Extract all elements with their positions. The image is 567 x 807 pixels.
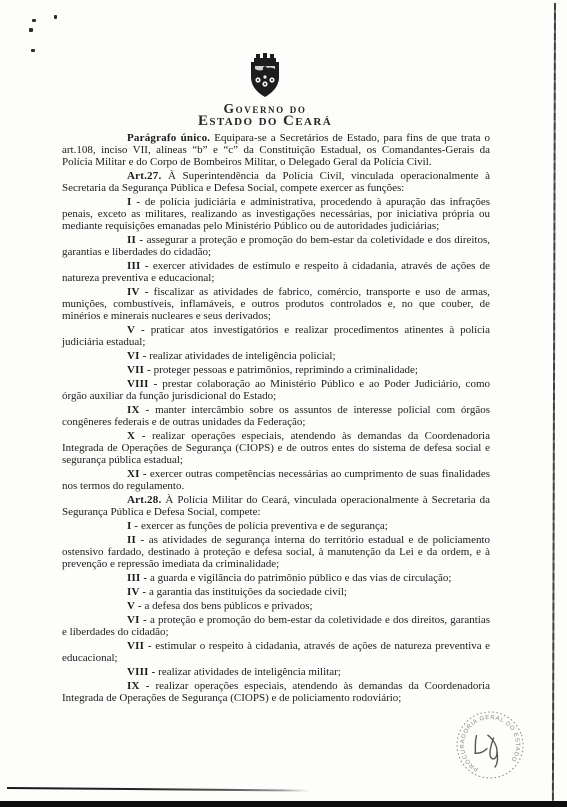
scan-artifact-right-line [552, 3, 556, 802]
letterhead: Governo do Estado do Ceará [165, 53, 365, 128]
paragraph-label: VI - [127, 614, 147, 626]
document-paragraph: VIII - realizar atividades de inteligênc… [62, 666, 490, 678]
paragraph-label: VIII - [127, 378, 157, 390]
document-paragraph: XI - exercer outras competências necessá… [62, 468, 490, 492]
paragraph-label: VIII - [127, 666, 155, 678]
document-paragraph: III - a guarda e vigilância do patrimôni… [62, 572, 490, 584]
paragraph-text: a garantia das instituições da sociedade… [149, 586, 347, 598]
document-body: Parágrafo único. Equipara-se a Secretári… [62, 132, 490, 706]
document-paragraph: V - a defesa dos bens públicos e privado… [62, 600, 490, 612]
document-paragraph: Parágrafo único. Equipara-se a Secretári… [62, 132, 490, 168]
paragraph-text: a guarda e vigilância do patrimônio públ… [150, 572, 451, 584]
paragraph-text: a defesa dos bens públicos e privados; [145, 600, 313, 612]
scan-artifact-bottom-edge [0, 801, 567, 807]
government-name-line2: Estado do Ceará [165, 115, 365, 128]
paragraph-label: IV - [127, 586, 146, 598]
paragraph-label: IV - [127, 286, 149, 298]
document-paragraph: VI - realizar atividades de inteligência… [62, 350, 490, 362]
paragraph-label: VII - [127, 640, 152, 652]
document-paragraph: III - exercer atividades de estímulo e r… [62, 260, 490, 284]
document-paragraph: I - exercer as funções de polícia preven… [62, 520, 490, 532]
scan-speck [32, 19, 36, 22]
paragraph-text: realizar atividades de inteligência poli… [149, 350, 335, 362]
document-paragraph: V - praticar atos investigatórios e real… [62, 324, 490, 348]
scan-speck [31, 49, 35, 52]
paragraph-text: proteger pessoas e patrimônios, reprimin… [154, 364, 418, 376]
ceara-coat-of-arms-icon [245, 53, 285, 99]
document-paragraph: VI - a proteção e promoção do bem-estar … [62, 614, 490, 638]
paragraph-label: IX - [127, 680, 150, 692]
document-paragraph: IV - a garantia das instituições da soci… [62, 586, 490, 598]
document-paragraph: IV - fiscalizar as atividades de fabrico… [62, 286, 490, 322]
paragraph-label: Parágrafo único. [127, 132, 210, 144]
paragraph-label: XI - [127, 468, 147, 480]
scanned-document-page: Governo do Estado do Ceará Parágrafo úni… [0, 0, 567, 807]
scan-speck [29, 28, 33, 32]
document-paragraph: Art.28. À Polícia Militar do Ceará, vinc… [62, 494, 490, 518]
paragraph-text: realizar atividades de inteligência mili… [158, 666, 341, 678]
paragraph-label: VII - [127, 364, 151, 376]
paragraph-text: exercer as funções de polícia preventiva… [141, 520, 388, 532]
paragraph-label: X - [127, 430, 146, 442]
document-paragraph: II - as atividades de segurança interna … [62, 534, 490, 570]
paragraph-label: V - [127, 600, 142, 612]
paragraph-label: I - [127, 520, 138, 532]
document-paragraph: Art.27. À Superintendência da Polícia Ci… [62, 170, 490, 194]
scan-speck [54, 15, 57, 19]
paragraph-label: II - [127, 234, 143, 246]
paragraph-list: Parágrafo único. Equipara-se a Secretári… [62, 132, 490, 704]
document-paragraph: II - assegurar a proteção e promoção do … [62, 234, 490, 258]
paragraph-label: IX - [127, 404, 149, 416]
paragraph-label: VI - [127, 350, 146, 362]
paragraph-label: II - [127, 534, 144, 546]
document-paragraph: I - de polícia judiciária e administrati… [62, 196, 490, 232]
procuradoria-stamp: PROCURADORIA GERAL DO ESTADO [446, 706, 534, 784]
paragraph-label: III - [127, 572, 147, 584]
document-paragraph: VII - estimular o respeito à cidadania, … [62, 640, 490, 664]
paragraph-label: V - [127, 324, 145, 336]
document-paragraph: IX - manter intercâmbio sobre os assunto… [62, 404, 490, 428]
document-paragraph: VIII - prestar colaboração ao Ministério… [62, 378, 490, 402]
paragraph-label: Art.27. [127, 170, 161, 182]
paragraph-label: III - [127, 260, 149, 272]
paragraph-label: I - [127, 196, 140, 208]
signature-line [7, 787, 310, 792]
document-paragraph: VII - proteger pessoas e patrimônios, re… [62, 364, 490, 376]
document-paragraph: IX - realizar operações especiais, atend… [62, 680, 490, 704]
document-paragraph: X - realizar operações especiais, atende… [62, 430, 490, 466]
stamp-rim-text: PROCURADORIA GERAL DO ESTADO [451, 706, 529, 784]
paragraph-label: Art.28. [127, 494, 161, 506]
